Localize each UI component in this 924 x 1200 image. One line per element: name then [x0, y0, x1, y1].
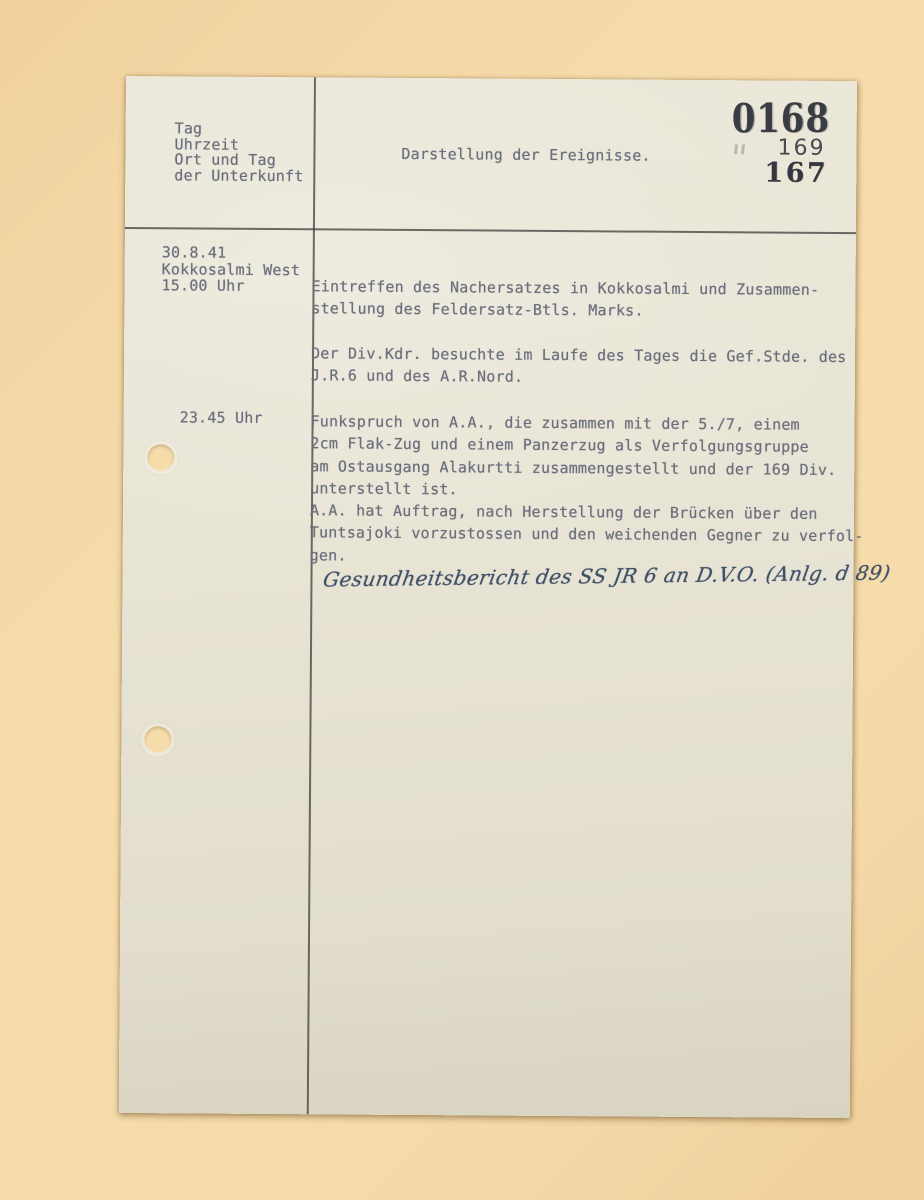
header-divider-line — [125, 227, 856, 234]
events-column-header: Darstellung der Ereignisse. — [401, 145, 650, 165]
column-divider-line — [307, 77, 316, 1114]
entry-1-paragraph-1: Eintreffen des Nachersatzes in Kokkosalm… — [311, 275, 819, 323]
handwritten-note: Gesundheitsbericht des SS JR 6 an D.V.O.… — [321, 560, 865, 593]
entry-1-paragraph-2: Der Div.Kdr. besuchte im Laufe des Tages… — [311, 342, 847, 390]
typewritten-line: stellung des Feldersatz-Btls. Marks. — [311, 298, 819, 324]
war-diary-page: Tag Uhrzeit Ort und Tag der Unterkunft D… — [119, 76, 857, 1118]
entry-2-label: 23.45 Uhr — [180, 409, 263, 426]
typewritten-line: J.R.6 und des A.R.Nord. — [311, 365, 847, 391]
faint-stamp-mark — [734, 144, 748, 156]
header-left-column: Tag Uhrzeit Ort und Tag der Unterkunft — [174, 121, 304, 184]
header-line-unterkunft: der Unterkunft — [174, 168, 303, 184]
scan-background: Tag Uhrzeit Ort und Tag der Unterkunft D… — [0, 0, 924, 1200]
punch-hole-bottom — [144, 726, 171, 753]
page-number-stamp-bold: 167 — [764, 159, 828, 186]
entry-2-time: 23.45 Uhr — [180, 409, 263, 426]
entry-2-paragraph-1: Funkspruch von A.A., die zusammen mit de… — [310, 410, 865, 570]
punch-hole-top — [147, 444, 174, 471]
entry-1-time: 15.00 Uhr — [161, 277, 300, 294]
page-number-stamp-large: 0168 — [732, 99, 830, 140]
entry-1-label: 30.8.41 Kokkosalmi West 15.00 Uhr — [161, 244, 300, 294]
events-column-title: Darstellung der Ereignisse. — [401, 145, 650, 165]
entry-1-date: 30.8.41 — [162, 244, 301, 261]
typewritten-line: Tuntsajoki vorzustossen und den weichend… — [310, 522, 864, 548]
page-number-stamp-medium: 169 — [777, 138, 825, 160]
typewritten-line: 2cm Flak-Zug und einem Panzerzug als Ver… — [310, 433, 864, 459]
